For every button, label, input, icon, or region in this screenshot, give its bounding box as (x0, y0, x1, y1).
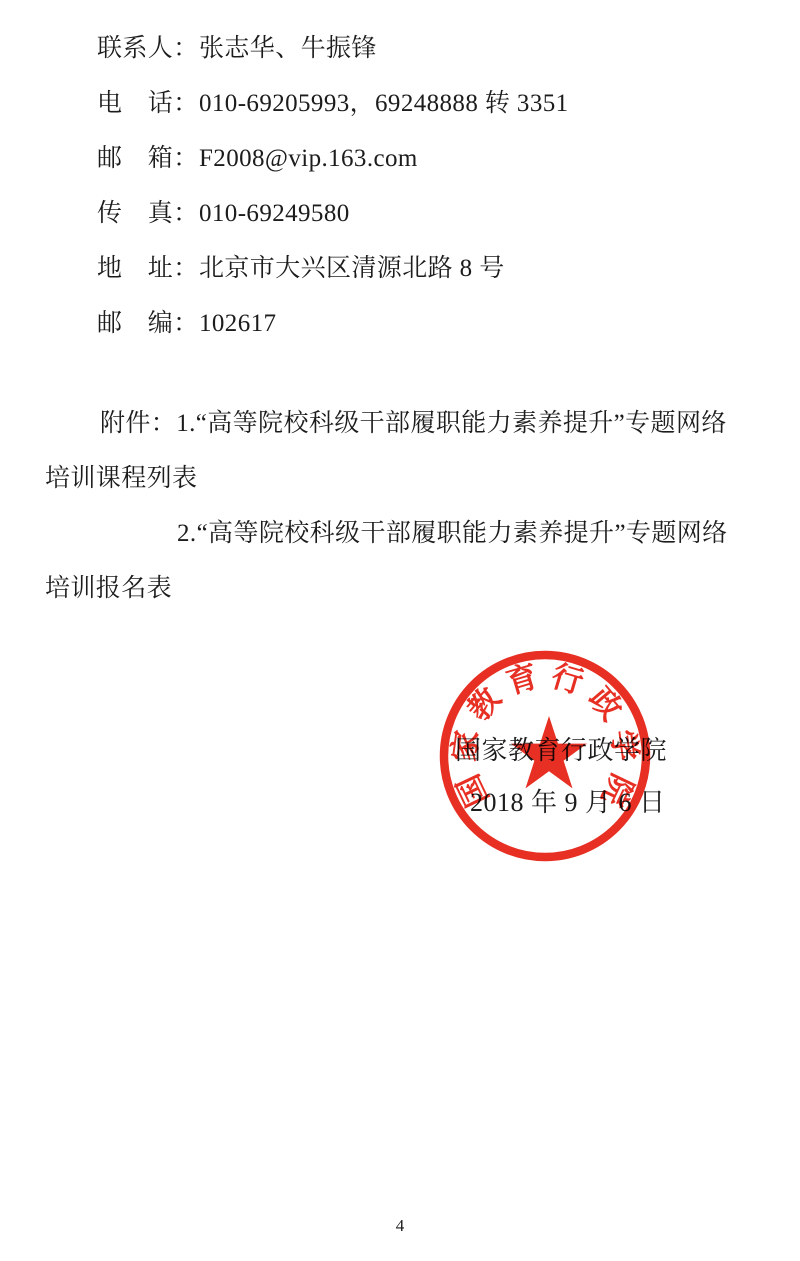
page-number: 4 (0, 1216, 800, 1236)
official-seal: 国家教育行政学院 (435, 646, 655, 866)
contact-block: 联系人：张志华、牛振锋 电 话：010-69205993，69248888 转 … (97, 21, 569, 351)
contact-value: F2008@vip.163.com (199, 145, 418, 172)
attachment-2-title: “高等院校科级干部履职能力素养提升”专题网络 (197, 520, 728, 547)
contact-row-email: 邮 箱：F2008@vip.163.com (97, 131, 569, 186)
attachment-2-number: 2. (177, 520, 197, 547)
contact-row-postcode: 邮 编：102617 (97, 296, 569, 351)
document-page: 联系人：张志华、牛振锋 电 话：010-69205993，69248888 转 … (0, 0, 800, 1261)
contact-label: 联系人： (97, 21, 199, 76)
contact-row-phone: 电 话：010-69205993，69248888 转 3351 (97, 76, 569, 131)
attachment-item-1-line-1: 附件：1.“高等院校科级干部履职能力素养提升”专题网络 (45, 396, 757, 451)
contact-row-address: 地 址：北京市大兴区清源北路 8 号 (97, 241, 569, 296)
attachment-item-2-line-2: 培训报名表 (45, 561, 757, 616)
seal-ring-char: 学 (605, 728, 644, 764)
attachment-item-2-line-1: 2.“高等院校科级干部履职能力素养提升”专题网络 (45, 506, 757, 561)
contact-value: 北京市大兴区清源北路 8 号 (199, 255, 505, 282)
contact-label: 地 址： (97, 241, 199, 296)
seal-star-icon (511, 716, 587, 788)
contact-value: 010-69249580 (199, 200, 350, 227)
contact-row-person: 联系人：张志华、牛振锋 (97, 21, 569, 76)
contact-label: 邮 箱： (97, 131, 199, 186)
contact-label: 邮 编： (97, 296, 199, 351)
attachment-1-number: 1. (176, 410, 196, 437)
seal-ring-char: 育 (502, 658, 542, 700)
attachment-1-title: “高等院校科级干部履职能力素养提升”专题网络 (196, 410, 727, 437)
contact-label: 传 真： (97, 186, 199, 241)
seal-ring-char: 行 (548, 658, 588, 700)
attachment-item-1-line-2: 培训课程列表 (45, 451, 757, 506)
contact-value: 102617 (199, 310, 276, 337)
contact-label: 电 话： (97, 76, 199, 131)
contact-row-fax: 传 真：010-69249580 (97, 186, 569, 241)
attachments-block: 附件：1.“高等院校科级干部履职能力素养提升”专题网络 培训课程列表 2.“高等… (45, 396, 757, 616)
contact-value: 010-69205993，69248888 转 3351 (199, 90, 569, 117)
contact-value: 张志华、牛振锋 (199, 35, 377, 62)
attachments-label: 附件： (100, 410, 176, 437)
seal-ring-char: 家 (446, 728, 485, 764)
